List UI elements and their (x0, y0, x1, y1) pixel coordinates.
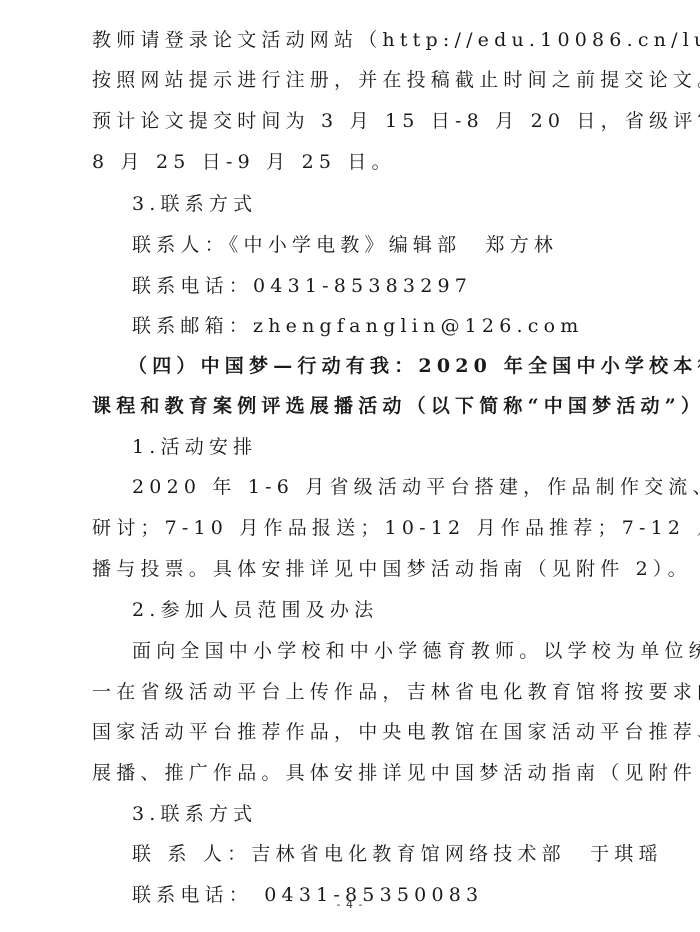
subheading-schedule: 1.活动安排 (132, 435, 257, 459)
paragraph-line: 一在省级活动平台上传作品，吉林省电化教育馆将按要求向 (92, 680, 700, 704)
section-title-china-dream-cont: 课程和教育案例评选展播活动（以下简称“中国梦活动”） (92, 394, 700, 418)
paragraph-line: 研讨；7-10 月作品报送；10-12 月作品推荐；7-12 月作品展 (92, 516, 700, 540)
paragraph-line: 8 月 25 日-9 月 25 日。 (92, 150, 396, 174)
paragraph-line: 面向全国中小学校和中小学德育教师。以学校为单位统 (132, 639, 700, 663)
paragraph-line: 展播、推广作品。具体安排详见中国梦活动指南（见附件 2）。 (92, 761, 700, 785)
contact-phone: 联系电话：0431-85383297 (132, 274, 472, 298)
page-number: - 4 - (0, 898, 700, 911)
paragraph-line: 2020 年 1-6 月省级活动平台搭建，作品制作交流、培训、 (132, 475, 700, 499)
subheading-participants: 2.参加人员范围及办法 (132, 598, 378, 622)
paragraph-line: 国家活动平台推荐作品，中央电教馆在国家活动平台推荐、 (92, 720, 700, 744)
section-heading-contact-2: 3.联系方式 (132, 802, 257, 826)
section-heading-contact: 3.联系方式 (132, 192, 257, 216)
contact-person: 联系人：《中小学电教》编辑部 郑方林 (132, 233, 558, 257)
paragraph-line: 教师请登录论文活动网站（http://edu.10086.cn/lunwen）， (92, 28, 700, 52)
paragraph-line: 播与投票。具体安排详见中国梦活动指南（见附件 2）。 (92, 557, 692, 581)
paragraph-line: 预计论文提交时间为 3 月 15 日-8 月 20 日，省级评审时间为 (92, 109, 700, 133)
section-title-china-dream: （四）中国梦—行动有我：2020 年全国中小学校本德育 (128, 354, 700, 378)
contact-email: 联系邮箱：zhengfanglin@126.com (132, 314, 583, 338)
contact-person-2: 联 系 人：吉林省电化教育馆网络技术部 于琪瑶 (132, 842, 663, 866)
paragraph-line: 按照网站提示进行注册，并在投稿截止时间之前提交论文。 (92, 68, 700, 92)
